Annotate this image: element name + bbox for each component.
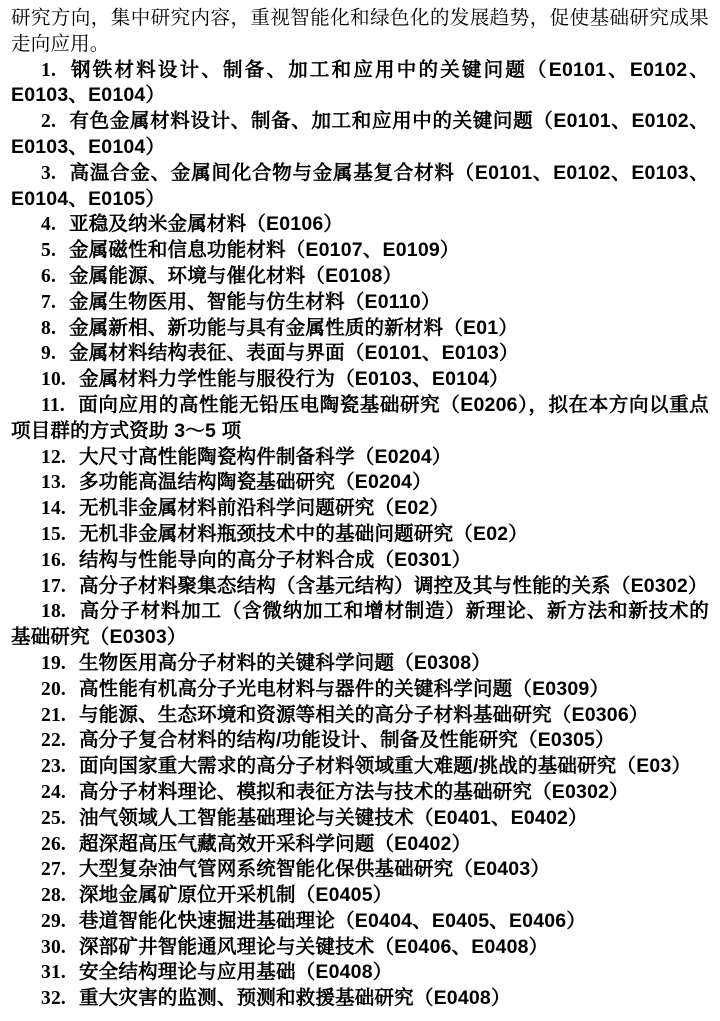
list-item: 32.重大灾害的监测、预测和救援基础研究（E0408） <box>11 986 709 1012</box>
item-number: 28. <box>41 885 66 906</box>
item-number: 2. <box>41 111 56 132</box>
item-number: 16. <box>41 550 66 571</box>
item-number: 31. <box>41 962 66 983</box>
list-item: 27.大型复杂油气管网系统智能化保供基础研究（E0403） <box>11 857 709 883</box>
item-number: 9. <box>41 343 56 364</box>
list-item: 9.金属材料结构表征、表面与界面（E0101、E0103） <box>11 341 709 367</box>
item-text: 有色金属材料设计、制备、加工和应用中的关键问题（E0101、E0102、E010… <box>11 110 709 158</box>
item-text: 高分子复合材料的结构/功能设计、制备及性能研究（E0305） <box>79 729 615 751</box>
item-text: 高温合金、金属间化合物与金属基复合材料（E0101、E0102、E0103、E0… <box>11 162 709 210</box>
item-number: 1. <box>41 60 56 81</box>
item-number: 26. <box>41 834 66 855</box>
item-text: 重大灾害的监测、预测和救援基础研究（E0408） <box>79 987 511 1009</box>
list-item: 30.深部矿井智能通风理论与关键技术（E0406、E0408） <box>11 935 709 961</box>
item-number: 27. <box>41 859 66 880</box>
item-number: 14. <box>41 498 66 519</box>
item-text: 结构与性能导向的高分子材料合成（E0301） <box>79 549 471 571</box>
item-number: 23. <box>41 756 66 777</box>
list-item: 19.生物医用高分子材料的关键科学问题（E0308） <box>11 651 709 677</box>
list-item: 22.高分子复合材料的结构/功能设计、制备及性能研究（E0305） <box>11 728 709 754</box>
list-item: 14.无机非金属材料前沿科学问题研究（E02） <box>11 496 709 522</box>
item-number: 29. <box>41 911 66 932</box>
list-item: 4.亚稳及纳米金属材料（E0106） <box>11 212 709 238</box>
item-number: 7. <box>41 292 56 313</box>
item-text: 无机非金属材料瓶颈技术中的基础问题研究（E02） <box>79 523 528 545</box>
item-text: 生物医用高分子材料的关键科学问题（E0308） <box>79 652 491 674</box>
item-number: 15. <box>41 524 66 545</box>
list-item: 12.大尺寸高性能陶瓷构件制备科学（E0204） <box>11 445 709 471</box>
list-item: 2.有色金属材料设计、制备、加工和应用中的关键问题（E0101、E0102、E0… <box>11 109 709 161</box>
item-text: 油气领域人工智能基础理论与关键技术（E0401、E0402） <box>79 807 588 829</box>
item-text: 安全结构理论与应用基础（E0408） <box>79 961 393 983</box>
item-text: 面向国家重大需求的高分子材料领域重大难题/挑战的基础研究（E03） <box>79 755 691 777</box>
item-number: 4. <box>41 214 56 235</box>
item-number: 19. <box>41 653 66 674</box>
list-item: 17.高分子材料聚集态结构（含基元结构）调控及其与性能的关系（E0302） <box>11 574 709 600</box>
list-item: 10.金属材料力学性能与服役行为（E0103、E0104） <box>11 367 709 393</box>
item-text: 深地金属矿原位开采机制（E0405） <box>79 884 393 906</box>
list-item: 3.高温合金、金属间化合物与金属基复合材料（E0101、E0102、E0103、… <box>11 161 709 213</box>
list-item: 25.油气领域人工智能基础理论与关键技术（E0401、E0402） <box>11 806 709 832</box>
item-text: 钢铁材料设计、制备、加工和应用中的关键问题（E0101、E0102、E0103、… <box>11 59 709 107</box>
item-number: 8. <box>41 318 56 339</box>
item-number: 20. <box>41 679 66 700</box>
topic-list: 1.钢铁材料设计、制备、加工和应用中的关键问题（E0101、E0102、E010… <box>11 58 709 1012</box>
list-item: 23.面向国家重大需求的高分子材料领域重大难题/挑战的基础研究（E03） <box>11 754 709 780</box>
item-text: 深部矿井智能通风理论与关键技术（E0406、E0408） <box>79 936 548 958</box>
list-item: 31.安全结构理论与应用基础（E0408） <box>11 960 709 986</box>
item-text: 无机非金属材料前沿科学问题研究（E02） <box>79 497 449 519</box>
item-text: 高分子材料加工（含微纳加工和增材制造）新理论、新方法和新技术的基础研究（E030… <box>11 600 709 648</box>
item-text: 与能源、生态环境和资源等相关的高分子材料基础研究（E0306） <box>79 704 649 726</box>
item-text: 超深超高压气藏高效开采科学问题（E0402） <box>79 833 471 855</box>
item-number: 6. <box>41 266 56 287</box>
list-item: 20.高性能有机高分子光电材料与器件的关键科学问题（E0309） <box>11 677 709 703</box>
list-item: 5.金属磁性和信息功能材料（E0107、E0109） <box>11 238 709 264</box>
item-number: 12. <box>41 447 66 468</box>
item-number: 25. <box>41 808 66 829</box>
item-number: 5. <box>41 240 56 261</box>
item-text: 金属能源、环境与催化材料（E0108） <box>69 265 402 287</box>
item-number: 17. <box>41 576 66 597</box>
item-text: 金属新相、新功能与具有金属性质的新材料（E01） <box>69 317 518 339</box>
intro-paragraph: 研究方向，集中研究内容，重视智能化和绿色化的发展趋势，促使基础研究成果走向应用。 <box>11 6 709 58</box>
list-item: 16.结构与性能导向的高分子材料合成（E0301） <box>11 548 709 574</box>
item-text: 金属材料结构表征、表面与界面（E0101、E0103） <box>69 342 519 364</box>
item-number: 22. <box>41 730 66 751</box>
list-item: 28.深地金属矿原位开采机制（E0405） <box>11 883 709 909</box>
list-item: 15.无机非金属材料瓶颈技术中的基础问题研究（E02） <box>11 522 709 548</box>
list-item: 1.钢铁材料设计、制备、加工和应用中的关键问题（E0101、E0102、E010… <box>11 58 709 110</box>
list-item: 7.金属生物医用、智能与仿生材料（E0110） <box>11 290 709 316</box>
item-number: 10. <box>41 369 66 390</box>
document-page: 研究方向，集中研究内容，重视智能化和绿色化的发展趋势，促使基础研究成果走向应用。… <box>0 0 720 1021</box>
item-text: 大尺寸高性能陶瓷构件制备科学（E0204） <box>79 446 452 468</box>
item-text: 面向应用的高性能无铅压电陶瓷基础研究（E0206），拟在本方向以重点项目群的方式… <box>11 394 709 442</box>
list-item: 26.超深超高压气藏高效开采科学问题（E0402） <box>11 832 709 858</box>
list-item: 8.金属新相、新功能与具有金属性质的新材料（E01） <box>11 316 709 342</box>
list-item: 29.巷道智能化快速掘进基础理论（E0404、E0405、E0406） <box>11 909 709 935</box>
item-number: 24. <box>41 782 66 803</box>
list-item: 6.金属能源、环境与催化材料（E0108） <box>11 264 709 290</box>
item-text: 金属生物医用、智能与仿生材料（E0110） <box>69 291 441 313</box>
item-text: 巷道智能化快速掘进基础理论（E0404、E0405、E0406） <box>79 910 586 932</box>
list-item: 18.高分子材料加工（含微纳加工和增材制造）新理论、新方法和新技术的基础研究（E… <box>11 599 709 651</box>
item-text: 金属材料力学性能与服役行为（E0103、E0104） <box>79 368 509 390</box>
item-text: 金属磁性和信息功能材料（E0107、E0109） <box>69 239 460 261</box>
item-number: 32. <box>41 988 66 1009</box>
item-text: 亚稳及纳米金属材料（E0106） <box>69 213 343 235</box>
item-text: 多功能高温结构陶瓷基础研究（E0204） <box>79 471 432 493</box>
item-number: 21. <box>41 705 66 726</box>
item-number: 3. <box>41 163 56 184</box>
item-number: 18. <box>41 601 66 622</box>
list-item: 21.与能源、生态环境和资源等相关的高分子材料基础研究（E0306） <box>11 703 709 729</box>
item-text: 高性能有机高分子光电材料与器件的关键科学问题（E0309） <box>79 678 609 700</box>
list-item: 11.面向应用的高性能无铅压电陶瓷基础研究（E0206），拟在本方向以重点项目群… <box>11 393 709 445</box>
list-item: 13.多功能高温结构陶瓷基础研究（E0204） <box>11 470 709 496</box>
item-number: 11. <box>41 395 65 416</box>
item-text: 高分子材料聚集态结构（含基元结构）调控及其与性能的关系（E0302） <box>79 575 708 597</box>
list-item: 24.高分子材料理论、模拟和表征方法与技术的基础研究（E0302） <box>11 780 709 806</box>
item-number: 30. <box>41 937 66 958</box>
item-text: 大型复杂油气管网系统智能化保供基础研究（E0403） <box>79 858 550 880</box>
item-text: 高分子材料理论、模拟和表征方法与技术的基础研究（E0302） <box>79 781 629 803</box>
item-number: 13. <box>41 472 66 493</box>
